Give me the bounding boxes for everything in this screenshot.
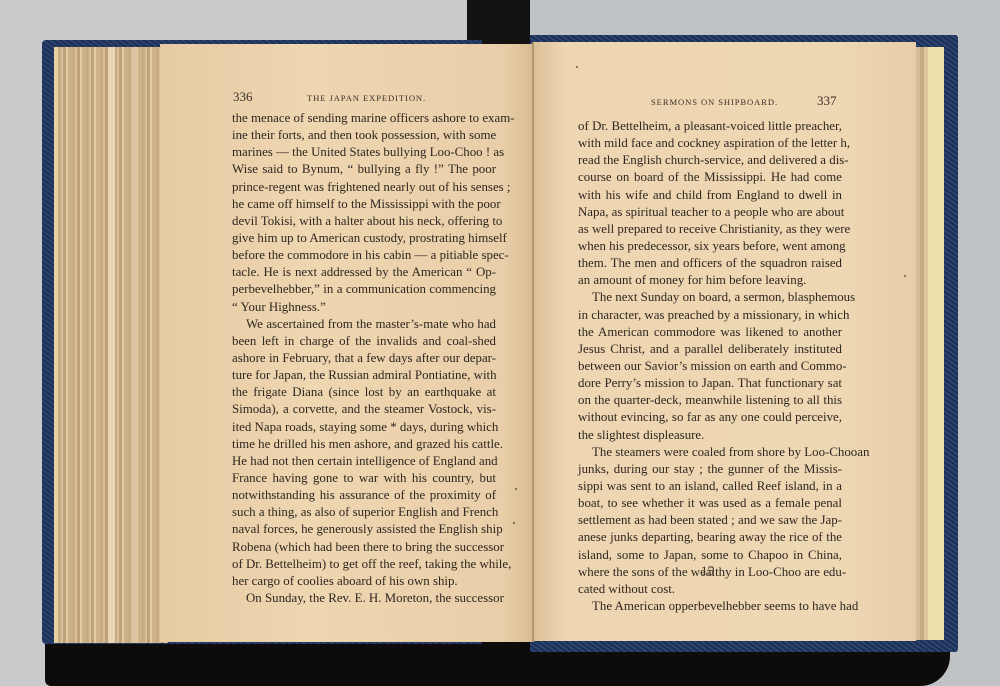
text-line: dore Perry’s mission to Japan. That func…	[578, 375, 842, 392]
text-line: before the commodore in his cabin — a pi…	[232, 247, 496, 264]
page-edge-highlight	[133, 47, 137, 643]
paper-speck	[576, 66, 578, 68]
text-line: boat, to see whether it was used as a fe…	[578, 495, 842, 512]
text-line: Simoda), a corvette, and the steamer Vos…	[232, 401, 496, 418]
text-line: an amount of money for him before leavin…	[578, 272, 842, 289]
text-line: ine their forts, and then took possessio…	[232, 127, 496, 144]
text-line: marines — the United States bullying Loo…	[232, 144, 496, 161]
text-line: perbevelhebber,” in a communication comm…	[232, 281, 496, 298]
text-line: anese junks departing, bearing away the …	[578, 529, 842, 546]
text-line: her cargo of coolies aboard of his own s…	[232, 573, 496, 590]
spine-shadow	[467, 0, 530, 45]
text-line: them. The men and officers of the squadr…	[578, 255, 842, 272]
text-line: France having gone to war with his count…	[232, 470, 496, 487]
text-line: He had not then certain intelligence of …	[232, 453, 496, 470]
text-line: of Dr. Bettelheim) to get off the reef, …	[232, 556, 496, 573]
text-line: when his predecessor, six years before, …	[578, 238, 842, 255]
text-line: settlement as had been stated ; and we s…	[578, 512, 842, 529]
text-line: The American opperbevelhebber seems to h…	[578, 598, 842, 615]
text-line: The steamers were coaled from shore by L…	[578, 444, 842, 461]
text-line: cated without cost.	[578, 581, 842, 598]
text-line: the slightest displeasure.	[578, 427, 842, 444]
running-head-right: SERMONS ON SHIPBOARD.	[651, 97, 778, 107]
text-line: of Dr. Bettelheim, a pleasant-voiced lit…	[578, 118, 842, 135]
text-line: on the quarter-deck, meanwhile listening…	[578, 392, 842, 409]
text-line: On Sunday, the Rev. E. H. Moreton, the s…	[232, 590, 496, 607]
running-head-left: THE JAPAN EXPEDITION.	[307, 93, 426, 103]
text-line: Napa, as spiritual teacher to a people w…	[578, 204, 842, 221]
page-number-left: 336	[233, 89, 253, 105]
page-number-right: 337	[817, 93, 837, 109]
text-line: as well prepared to receive Christianity…	[578, 221, 842, 238]
page-edge-highlight	[108, 47, 115, 643]
text-line: Robena (which had been there to bring th…	[232, 539, 496, 556]
text-line: read the English church-service, and del…	[578, 152, 842, 169]
text-line: such a thing, as also of superior Englis…	[232, 504, 496, 521]
text-line: We ascertained from the master’s-mate wh…	[232, 316, 496, 333]
text-line: course on board of the Mississippi. He h…	[578, 169, 842, 186]
signature-mark: 15	[701, 563, 714, 579]
text-line: island, some to Japan, some to Chapoo in…	[578, 547, 842, 564]
gutter	[532, 42, 534, 642]
text-line: ture for Japan, the Russian admiral Pont…	[232, 367, 496, 384]
paper-speck	[513, 522, 515, 524]
text-line: been left in charge of the invalids and …	[232, 333, 496, 350]
text-line: in character, was preached by a missiona…	[578, 307, 842, 324]
text-line: between our Savior’s mission on earth an…	[578, 358, 842, 375]
text-line: Wise said to Bynum, “ bullying a fly !” …	[232, 161, 496, 178]
page-edges-right	[914, 47, 944, 640]
text-line: the frigate Diana (since lost by an eart…	[232, 384, 496, 401]
right-page-body-text: of Dr. Bettelheim, a pleasant-voiced lit…	[578, 118, 842, 615]
page-edges-left	[54, 47, 168, 643]
text-line: the American commodore was likened to an…	[578, 324, 842, 341]
text-line: The next Sunday on board, a sermon, blas…	[578, 289, 842, 306]
text-line: with his wife and child from England to …	[578, 187, 842, 204]
text-line: junks, during our stay ; the gunner of t…	[578, 461, 842, 478]
text-line: devil Tokisi, with a halter about his ne…	[232, 213, 496, 230]
text-line: ashore in February, that a few days afte…	[232, 350, 496, 367]
text-line: time he drilled his men ashore, and graz…	[232, 436, 496, 453]
text-line: naval forces, he generously assisted the…	[232, 521, 496, 538]
text-line: with mild face and cockney aspiration of…	[578, 135, 842, 152]
text-line: notwithstanding his assurance of the pro…	[232, 487, 496, 504]
text-line: sippi was sent to an island, called Reef…	[578, 478, 842, 495]
text-line: give him up to American custody, prostra…	[232, 230, 496, 247]
left-page-body-text: the menace of sending marine officers as…	[232, 110, 496, 607]
text-line: tacle. He is next addressed by the Ameri…	[232, 264, 496, 281]
text-line: prince-regent was frightened nearly out …	[232, 179, 496, 196]
text-line: the menace of sending marine officers as…	[232, 110, 496, 127]
paper-speck	[904, 275, 906, 277]
text-line: Jesus Christ, and a parallel deliberatel…	[578, 341, 842, 358]
text-line: “ Your Highness.”	[232, 299, 496, 316]
text-line: he came off himself to the Mississippi w…	[232, 196, 496, 213]
text-line: without evincing, so far as any one coul…	[578, 409, 842, 426]
text-line: ited Napa roads, staying some * days, du…	[232, 419, 496, 436]
paper-speck	[515, 488, 517, 490]
